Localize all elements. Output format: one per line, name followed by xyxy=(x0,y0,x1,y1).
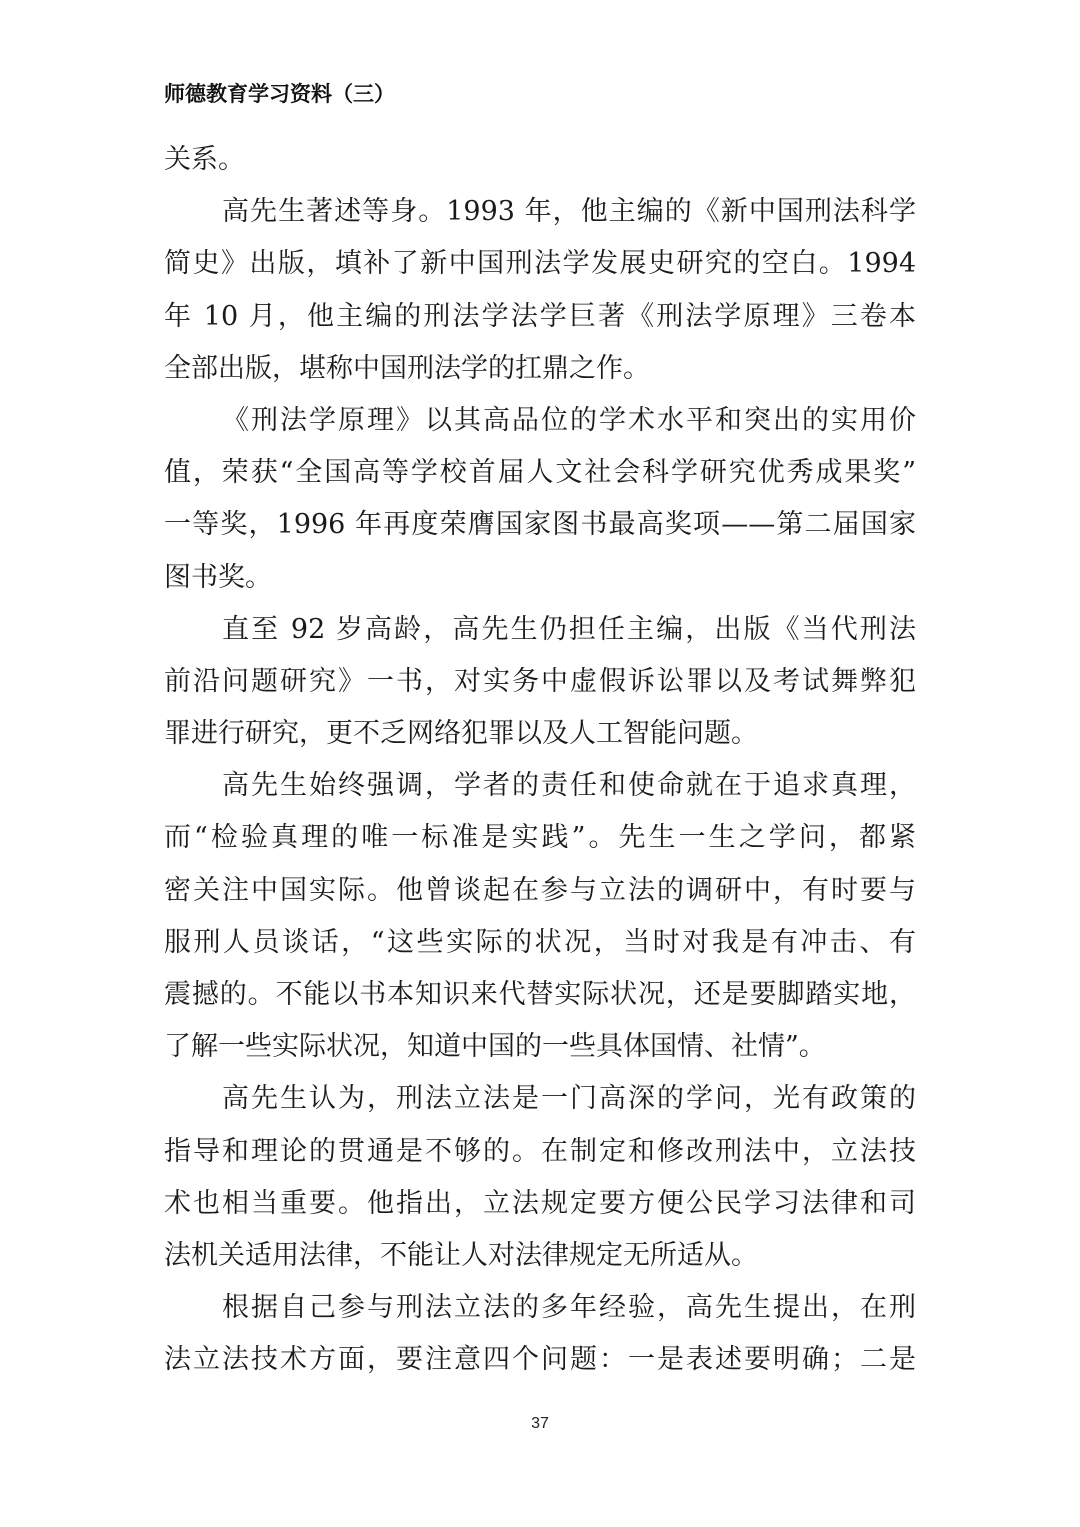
paragraph-first-line: 根据自己参与刑法立法的多年经验，高先生提出，在刑 xyxy=(164,1282,916,1334)
body-text: 关系。高先生著述等身。1993 年，他主编的《新中国刑法科学简史》出版，填补了新… xyxy=(164,134,916,1387)
text-line: 罪进行研究，更不乏网络犯罪以及人工智能问题。 xyxy=(164,708,916,760)
text-line: 年 10 月，他主编的刑法学法学巨著《刑法学原理》三卷本 xyxy=(164,291,916,343)
paragraph-first-line: 高先生始终强调，学者的责任和使命就在于追求真理， xyxy=(164,760,916,812)
text-line: 密关注中国实际。他曾谈起在参与立法的调研中，有时要与 xyxy=(164,865,916,917)
text-line: 值，荣获“全国高等学校首届人文社会科学研究优秀成果奖” xyxy=(164,447,916,499)
text-line: 服刑人员谈话，“这些实际的状况，当时对我是有冲击、有 xyxy=(164,917,916,969)
text-line: 术也相当重要。他指出，立法规定要方便公民学习法律和司 xyxy=(164,1178,916,1230)
paragraph-first-line: 直至 92 岁高龄，高先生仍担任主编，出版《当代刑法 xyxy=(164,604,916,656)
text-line: 图书奖。 xyxy=(164,552,916,604)
text-line: 法机关适用法律，不能让人对法律规定无所适从。 xyxy=(164,1230,916,1282)
text-line: 全部出版，堪称中国刑法学的扛鼎之作。 xyxy=(164,343,916,395)
paragraph-first-line: 高先生著述等身。1993 年，他主编的《新中国刑法科学 xyxy=(164,186,916,238)
text-line: 指导和理论的贯通是不够的。在制定和修改刑法中，立法技 xyxy=(164,1126,916,1178)
paragraph-first-line: 《刑法学原理》以其高品位的学术水平和突出的实用价 xyxy=(164,395,916,447)
text-line: 前沿问题研究》一书，对实务中虚假诉讼罪以及考试舞弊犯 xyxy=(164,656,916,708)
text-line: 而“检验真理的唯一标准是实践”。先生一生之学问，都紧 xyxy=(164,812,916,864)
document-page: 师德教育学习资料（三） 关系。高先生著述等身。1993 年，他主编的《新中国刑法… xyxy=(0,0,1080,1527)
text-line: 法立法技术方面，要注意四个问题：一是表述要明确；二是 xyxy=(164,1334,916,1386)
text-line: 关系。 xyxy=(164,134,916,186)
text-line: 一等奖，1996 年再度荣膺国家图书最高奖项——第二届国家 xyxy=(164,499,916,551)
running-header-title: 师德教育学习资料（三） xyxy=(164,78,395,108)
text-line: 震撼的。不能以书本知识来代替实际状况，还是要脚踏实地， xyxy=(164,969,916,1021)
text-line: 简史》出版，填补了新中国刑法学发展史研究的空白。1994 xyxy=(164,238,916,290)
paragraph-first-line: 高先生认为，刑法立法是一门高深的学问，光有政策的 xyxy=(164,1073,916,1125)
text-line: 了解一些实际状况，知道中国的一些具体国情、社情”。 xyxy=(164,1021,916,1073)
page-number: 37 xyxy=(0,1415,1080,1433)
